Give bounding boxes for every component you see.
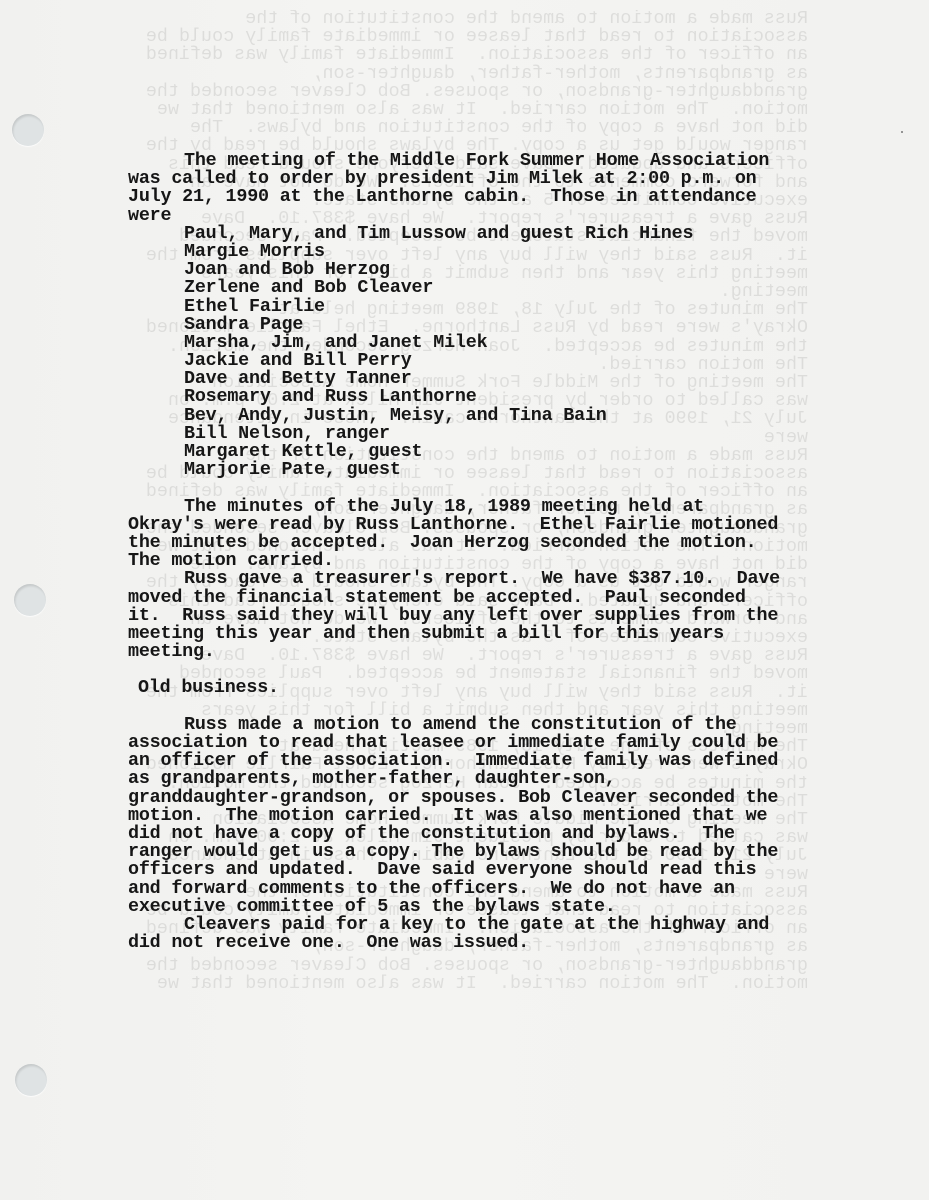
punch-hole-middle (14, 584, 46, 616)
speck-mark (901, 131, 903, 133)
punch-hole-top (12, 114, 44, 146)
intro-paragraph: The meeting of the Middle Fork Summer Ho… (128, 152, 818, 225)
text-line: and forward comments to the officers. We… (128, 880, 818, 898)
attendee-item: Marjorie Pate, guest (128, 461, 818, 479)
constitution-paragraph: Russ made a motion to amend the constitu… (128, 716, 818, 916)
text-line: did not receive one. One was issued. (128, 934, 818, 952)
minutes-paragraph: The minutes of the July 18, 1989 meeting… (128, 498, 818, 571)
punch-hole-bottom (15, 1064, 47, 1096)
text-line: meeting. (128, 643, 818, 661)
attendee-item: Ethel Fairlie (128, 298, 818, 316)
text-line: moved the financial statement be accepte… (128, 589, 818, 607)
meeting-minutes-body: The meeting of the Middle Fork Summer Ho… (128, 152, 818, 952)
text-line: July 21, 1990 at the Lanthorne cabin. Th… (128, 188, 818, 206)
attendee-item: Rosemary and Russ Lanthorne (128, 388, 818, 406)
attendee-list: Paul, Mary, and Tim Lussow and guest Ric… (128, 225, 818, 480)
text-line: officers and updated. Dave said everyone… (128, 861, 818, 879)
treasurer-paragraph: Russ gave a treasurer's report. We have … (128, 570, 818, 661)
old-business-heading: Old business. (128, 679, 818, 697)
text-line: as grandparents, mother-father, daughter… (128, 770, 818, 788)
key-paragraph: Cleavers paid for a key to the gate at t… (128, 916, 818, 952)
text-line: meeting this year and then submit a bill… (128, 625, 818, 643)
attendee-item: Zerlene and Bob Cleaver (128, 279, 818, 297)
text-line: Russ gave a treasurer's report. We have … (128, 570, 818, 588)
